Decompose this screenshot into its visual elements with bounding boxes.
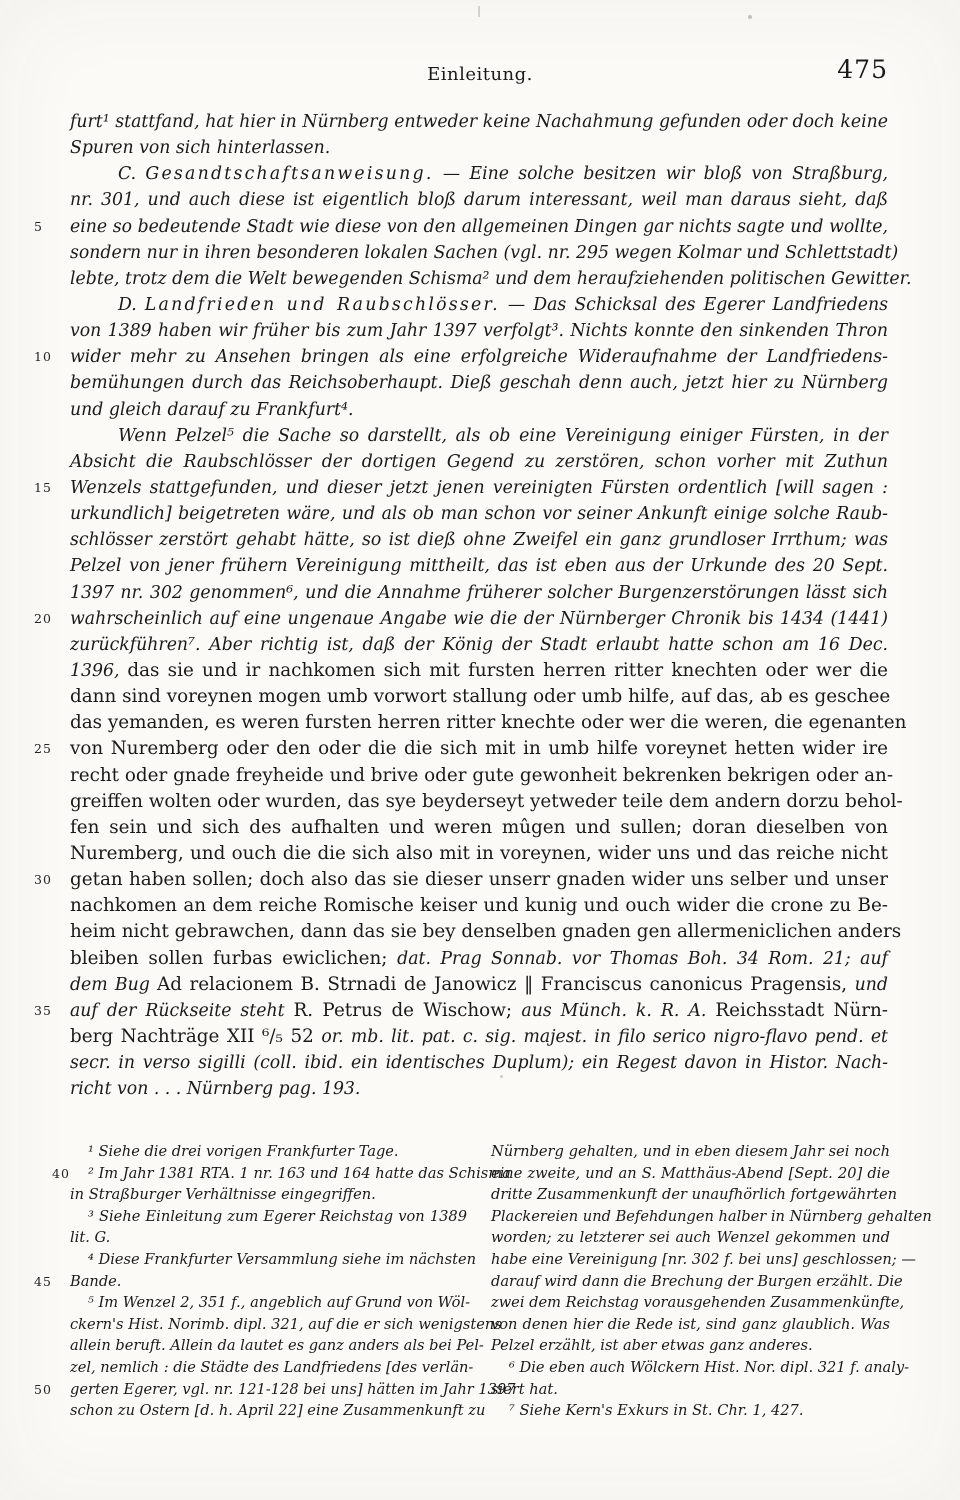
text-segment: furt¹ stattfand, hat hier in Nürnberg en… — [70, 112, 888, 132]
book-page: Einleitung. 475 furt¹ stattfand, hat hie… — [0, 0, 960, 1500]
text-line: 20wahrscheinlich auf eine ungenaue Angab… — [70, 606, 888, 632]
margin-line-number: 45 — [34, 1271, 62, 1293]
text-segment: — Das Schicksal des Egerer Landfriedens — [500, 295, 888, 315]
text-line: Nürnberg gehalten, und in eben diesem Ja… — [491, 1141, 890, 1163]
text-segment: Pelzel erzählt, ist aber etwas ganz ande… — [491, 1337, 813, 1354]
text-line: 25von Nuremberg oder den oder die die si… — [70, 736, 888, 762]
text-segment: dem Bug — [70, 975, 157, 995]
text-segment: von 1389 haben wir früher bis zum Jahr 1… — [70, 321, 888, 341]
text-line: 45Bande. — [70, 1271, 467, 1293]
text-segment: und gleich darauf zu Frankfurt⁴. — [70, 400, 353, 420]
text-segment: gerten Egerer, vgl. nr. 121-128 bei uns]… — [70, 1381, 516, 1398]
margin-line-number: 30 — [34, 867, 62, 893]
text-line: 40² Im Jahr 1381 RTA. 1 nr. 163 und 164 … — [70, 1163, 467, 1185]
main-text: furt¹ stattfand, hat hier in Nürnberg en… — [70, 109, 888, 1102]
text-line: 5eine so bedeutende Stadt wie diese von … — [70, 214, 888, 240]
text-line: worden; zu letzterer sei auch Wenzel gek… — [491, 1227, 890, 1249]
text-segment: schon zu Ostern [d. h. April 22] eine Zu… — [70, 1402, 485, 1419]
text-line: dem Bug Ad relacionem B. Strnadi de Jano… — [70, 972, 888, 998]
text-line: von denen hier die Rede ist, sind ganz g… — [491, 1314, 890, 1336]
text-line: ³ Siehe Einleitung zum Egerer Reichstag … — [70, 1206, 467, 1228]
text-segment: bleiben sollen furbas ewiclichen; — [70, 948, 397, 969]
text-line: secr. in verso sigilli (coll. ibid. ein … — [70, 1050, 888, 1076]
text-segment: Bande. — [70, 1273, 121, 1290]
text-line: lebte, trotz dem die Welt bewegenden Sch… — [70, 266, 888, 292]
text-line: bleiben sollen furbas ewiclichen; dat. P… — [70, 946, 888, 972]
text-line: nr. 301, und auch diese ist eigentlich b… — [70, 187, 888, 213]
text-line: 50gerten Egerer, vgl. nr. 121-128 bei un… — [70, 1379, 467, 1401]
text-line: furt¹ stattfand, hat hier in Nürnberg en… — [70, 109, 888, 135]
text-line: berg Nachträge XII ⁶/₅ 52 or. mb. lit. p… — [70, 1024, 888, 1050]
text-segment: siert hat. — [491, 1381, 558, 1398]
text-segment: C. — [118, 164, 145, 184]
text-segment: Landfrieden und Raubschlösser. — [145, 295, 500, 315]
text-line: Nuremberg, und ouch die die sich also mi… — [70, 841, 888, 867]
text-line: siert hat. — [491, 1379, 890, 1401]
text-segment: allein beruft. Allein da lautet es ganz … — [70, 1337, 484, 1354]
text-segment: D. — [118, 295, 145, 315]
text-line: richt von . . . Nürnberg pag. 193. — [70, 1076, 888, 1102]
text-segment: urkundlich] beigetreten wäre, und als ob… — [70, 504, 888, 524]
text-segment: Gesandtschaftsanweisung. — [145, 164, 433, 184]
text-segment: wahrscheinlich auf eine ungenaue Angabe … — [70, 609, 888, 629]
text-segment: Absicht die Raubschlösser der dortigen G… — [70, 452, 888, 472]
text-line: zel, nemlich : die Städte des Landfriede… — [70, 1357, 467, 1379]
text-segment: das yemanden, es weren fursten herren ri… — [70, 712, 906, 733]
text-segment: Spuren von sich hinterlassen. — [70, 138, 330, 158]
text-line: zwei dem Reichstag vorausgehenden Zusamm… — [491, 1292, 890, 1314]
text-line: ⁷ Siehe Kern's Exkurs in St. Chr. 1, 427… — [491, 1400, 890, 1422]
text-line: 30getan haben sollen; doch also das sie … — [70, 867, 888, 893]
text-segment: habe eine Vereinigung [nr. 302 f. bei un… — [491, 1251, 916, 1268]
text-line: 15Wenzels stattgefunden, und dieser jetz… — [70, 475, 888, 501]
text-line: von 1389 haben wir früher bis zum Jahr 1… — [70, 318, 888, 344]
text-segment: Wenzels stattgefunden, und dieser jetzt … — [70, 478, 888, 498]
text-line: 35auf der Rückseite steht R. Petrus de W… — [70, 998, 888, 1024]
margin-line-number: 10 — [34, 344, 62, 370]
text-segment: darauf wird dann die Brechung der Burgen… — [491, 1273, 903, 1290]
text-line: schlösser zerstört gehabt hätte, so ist … — [70, 527, 888, 553]
text-segment: ¹ Siehe die drei vorigen Frankfurter Tag… — [88, 1143, 399, 1160]
text-segment: Reichsstadt Nürn- — [715, 1000, 888, 1021]
text-line: Absicht die Raubschlösser der dortigen G… — [70, 449, 888, 475]
text-line: bemühungen durch das Reichsoberhaupt. Di… — [70, 370, 888, 396]
footnotes-right-column: Nürnberg gehalten, und in eben diesem Ja… — [491, 1141, 890, 1422]
scan-speck — [478, 6, 480, 17]
text-line: Spuren von sich hinterlassen. — [70, 135, 888, 161]
text-line: C. Gesandtschaftsanweisung. — Eine solch… — [70, 161, 888, 187]
text-segment: secr. in verso sigilli (coll. ibid. ein … — [70, 1053, 888, 1073]
text-line: lit. G. — [70, 1227, 467, 1249]
text-segment: wider mehr zu Ansehen bringen als eine e… — [70, 347, 888, 367]
text-line: ⁵ Im Wenzel 2, 351 f., angeblich auf Gru… — [70, 1292, 467, 1314]
text-segment: und — [855, 975, 888, 995]
text-line: Wenn Pelzel⁵ die Sache so darstellt, als… — [70, 423, 888, 449]
text-segment: bemühungen durch das Reichsoberhaupt. Di… — [70, 373, 888, 393]
text-segment: recht oder gnade freyheide und brive ode… — [70, 765, 893, 786]
text-segment: auf der Rückseite steht — [70, 1001, 294, 1021]
text-segment: ⁵ Im Wenzel 2, 351 f., angeblich auf Gru… — [88, 1294, 470, 1311]
text-segment: fen sein und sich des aufhalten und were… — [70, 817, 888, 838]
text-line: 1396, das sie und ir nachkomen sich mit … — [70, 658, 888, 684]
text-segment: Pelzel von jener frühern Vereinigung mit… — [70, 556, 888, 576]
text-line: greiffen wolten oder wurden, das sye bey… — [70, 789, 888, 815]
text-segment: lit. G. — [70, 1229, 110, 1246]
text-segment: nr. 301, und auch diese ist eigentlich b… — [70, 190, 888, 210]
text-line: heim nicht gebrawchen, dann das sie bey … — [70, 919, 888, 945]
margin-line-number: 15 — [34, 475, 62, 501]
text-segment: zel, nemlich : die Städte des Landfriede… — [70, 1359, 473, 1376]
text-segment: ⁴ Diese Frankfurter Versammlung siehe im… — [88, 1251, 476, 1268]
text-line: zurückführen⁷. Aber richtig ist, daß der… — [70, 632, 888, 658]
text-segment: Nuremberg, und ouch die die sich also mi… — [70, 843, 888, 864]
text-line: 10wider mehr zu Ansehen bringen als eine… — [70, 344, 888, 370]
margin-line-number: 50 — [34, 1379, 62, 1401]
text-segment: ³ Siehe Einleitung zum Egerer Reichstag … — [88, 1208, 467, 1225]
text-segment: nachkomen an dem reiche Romische keiser … — [70, 895, 888, 916]
text-line: habe eine Vereinigung [nr. 302 f. bei un… — [491, 1249, 890, 1271]
text-line: ⁴ Diese Frankfurter Versammlung siehe im… — [70, 1249, 467, 1271]
text-line: ckern's Hist. Norimb. dipl. 321, auf die… — [70, 1314, 467, 1336]
text-line: schon zu Ostern [d. h. April 22] eine Zu… — [70, 1400, 467, 1422]
text-segment: eine zweite, und an S. Matthäus-Abend [S… — [491, 1165, 890, 1182]
text-segment: dann sind voreynen mogen umb vorwort sta… — [70, 686, 890, 707]
text-segment: in Straßburger Verhältnisse eingegriffen… — [70, 1186, 376, 1203]
text-segment: zurückführen⁷. Aber richtig ist, daß der… — [70, 635, 888, 655]
text-segment: zwei dem Reichstag vorausgehenden Zusamm… — [491, 1294, 904, 1311]
margin-line-number: 25 — [34, 736, 62, 762]
text-segment: R. Petrus de Wischow; — [294, 1000, 522, 1021]
text-line: 1397 nr. 302 genommen⁶, und die Annahme … — [70, 580, 888, 606]
text-line: und gleich darauf zu Frankfurt⁴. — [70, 397, 888, 423]
text-segment: getan haben sollen; doch also das sie di… — [70, 869, 888, 890]
text-segment: von Nuremberg oder den oder die die sich… — [70, 738, 888, 759]
text-segment: heim nicht gebrawchen, dann das sie bey … — [70, 921, 901, 942]
text-segment: richt von . . . Nürnberg pag. 193. — [70, 1079, 360, 1099]
text-segment: Ad relacionem B. Strnadi de Janowicz ‖ F… — [157, 974, 855, 995]
margin-line-number: 35 — [34, 998, 62, 1024]
text-segment: Plackereien und Befehdungen halber in Nü… — [491, 1208, 932, 1225]
text-segment: Wenn Pelzel⁵ die Sache so darstellt, als… — [118, 426, 888, 446]
text-line: recht oder gnade freyheide und brive ode… — [70, 763, 888, 789]
footnotes-left-column: ¹ Siehe die drei vorigen Frankfurter Tag… — [70, 1141, 467, 1422]
text-line: Plackereien und Befehdungen halber in Nü… — [491, 1206, 890, 1228]
text-line: sondern nur in ihren besonderen lokalen … — [70, 240, 888, 266]
text-segment: or. mb. lit. pat. c. sig. majest. in fil… — [321, 1027, 888, 1047]
text-line: dritte Zusammenkunft der unaufhörlich fo… — [491, 1184, 890, 1206]
text-segment: aus Münch. k. R. A. — [521, 1001, 715, 1021]
text-segment: ⁷ Siehe Kern's Exkurs in St. Chr. 1, 427… — [509, 1402, 803, 1419]
text-segment: 1396, — [70, 661, 127, 681]
text-line: ¹ Siehe die drei vorigen Frankfurter Tag… — [70, 1141, 467, 1163]
text-segment: sondern nur in ihren besonderen lokalen … — [70, 243, 898, 263]
margin-line-number: 5 — [34, 214, 62, 240]
running-header-title: Einleitung. — [0, 64, 960, 85]
text-segment: schlösser zerstört gehabt hätte, so ist … — [70, 530, 888, 550]
text-line: eine zweite, und an S. Matthäus-Abend [S… — [491, 1163, 890, 1185]
text-line: nachkomen an dem reiche Romische keiser … — [70, 893, 888, 919]
text-segment: lebte, trotz dem die Welt bewegenden Sch… — [70, 269, 911, 289]
scan-speck — [748, 15, 752, 19]
text-segment: ⁶ Die eben auch Wölckern Hist. Nor. dipl… — [509, 1359, 909, 1376]
scan-speck — [500, 1075, 503, 1078]
text-line: darauf wird dann die Brechung der Burgen… — [491, 1271, 890, 1293]
text-segment: eine so bedeutende Stadt wie diese von d… — [70, 217, 888, 237]
text-segment: das sie und ir nachkomen sich mit furste… — [127, 660, 888, 681]
text-line: Pelzel erzählt, ist aber etwas ganz ande… — [491, 1335, 890, 1357]
text-segment: 1397 nr. 302 genommen⁶, und die Annahme … — [70, 583, 888, 603]
text-segment: ckern's Hist. Norimb. dipl. 321, auf die… — [70, 1316, 502, 1333]
text-line: das yemanden, es weren fursten herren ri… — [70, 710, 888, 736]
text-line: dann sind voreynen mogen umb vorwort sta… — [70, 684, 888, 710]
text-segment: berg Nachträge XII ⁶/₅ 52 — [70, 1026, 321, 1047]
text-line: fen sein und sich des aufhalten und were… — [70, 815, 888, 841]
text-line: ⁶ Die eben auch Wölckern Hist. Nor. dipl… — [491, 1357, 890, 1379]
text-segment: Nürnberg gehalten, und in eben diesem Ja… — [491, 1143, 890, 1160]
text-segment: worden; zu letzterer sei auch Wenzel gek… — [491, 1229, 890, 1246]
text-segment: von denen hier die Rede ist, sind ganz g… — [491, 1316, 890, 1333]
text-line: in Straßburger Verhältnisse eingegriffen… — [70, 1184, 467, 1206]
margin-line-number: 40 — [34, 1163, 62, 1185]
text-line: Pelzel von jener frühern Vereinigung mit… — [70, 553, 888, 579]
margin-line-number: 20 — [34, 606, 62, 632]
text-segment: — Eine solche besitzen wir bloß von Stra… — [434, 164, 888, 184]
text-segment: greiffen wolten oder wurden, das sye bey… — [70, 791, 903, 812]
text-line: allein beruft. Allein da lautet es ganz … — [70, 1335, 467, 1357]
text-segment: dritte Zusammenkunft der unaufhörlich fo… — [491, 1186, 897, 1203]
text-line: urkundlich] beigetreten wäre, und als ob… — [70, 501, 888, 527]
text-segment: dat. Prag Sonnab. vor Thomas Boh. 34 Rom… — [397, 949, 888, 969]
text-line: D. Landfrieden und Raubschlösser. — Das … — [70, 292, 888, 318]
text-segment: ² Im Jahr 1381 RTA. 1 nr. 163 und 164 ha… — [88, 1165, 511, 1182]
page-number: 475 — [837, 55, 888, 84]
